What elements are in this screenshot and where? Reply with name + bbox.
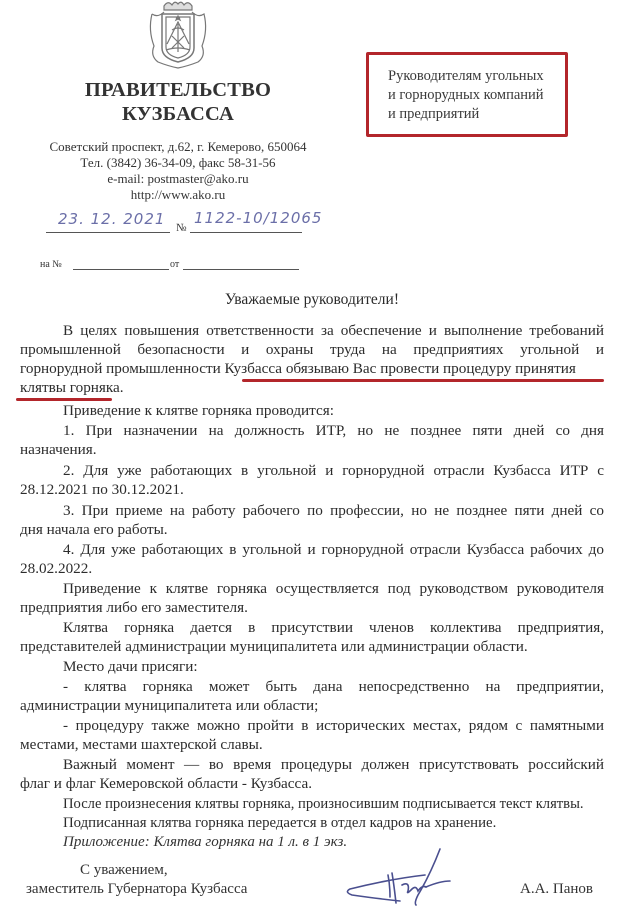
signer-position: заместитель Губернатора Кузбасса (26, 881, 247, 898)
leadership-line-1: Приведение к клятве горняка осуществляет… (63, 580, 604, 598)
org-phone: Тел. (3842) 36-34-09, факс 58-31-56 (30, 155, 326, 171)
greeting: Уважаемые руководители! (0, 291, 624, 309)
intro-line-3-highlight: обязываю Вас провести процедуру принятия (286, 360, 576, 377)
place-item-2-line-1: - процедуру также можно пройти в историч… (63, 717, 604, 735)
intro-line-4: клятвы горняка. (20, 379, 604, 397)
intro-line-2: промышленной безопасности и охраны труда… (20, 341, 604, 359)
intro-line-1: В целях повышения ответственности за обе… (63, 322, 604, 340)
intro-line-3-plain: горнорудной промышленности Кузбасса (20, 360, 286, 377)
important-line-2: флаг и флаг Кемеровской области - Кузбас… (20, 775, 604, 793)
place-heading: Место дачи присяги: (63, 658, 604, 676)
presence-line-1: Клятва горняка дается в присутствии член… (63, 619, 604, 637)
ref-number-label: на № (40, 259, 62, 270)
org-website: http://www.ako.ru (30, 187, 326, 203)
recipient-line-3: и предприятий (388, 105, 479, 124)
appendix-note: Приложение: Клятва горняка на 1 л. в 1 э… (63, 834, 347, 851)
signer-name: А.А. Панов (520, 881, 593, 898)
item-4-line-2: 28.02.2022. (20, 560, 604, 578)
item-3-line-1: 3. При приеме на работу рабочего по проф… (63, 502, 604, 520)
item-2-line-1: 2. Для уже работающих в угольной и горно… (63, 462, 604, 480)
closing: С уважением, (80, 862, 168, 879)
place-item-1-line-1: - клятва горняка может быть дана непосре… (63, 678, 604, 696)
kuzbass-coat-of-arms-icon (146, 0, 210, 70)
place-item-1-line-2: администрации муниципалитета или области… (20, 697, 604, 715)
red-underline-2 (16, 398, 112, 401)
important-line-1: Важный момент — во время процедуры долже… (63, 756, 604, 774)
outgoing-number: 1122-10/12065 (194, 209, 322, 227)
handwritten-signature-icon (330, 845, 500, 910)
item-1-line-2: назначения. (20, 441, 604, 459)
recipient-line-2: и горнорудных компаний (388, 86, 544, 105)
ref-number-field-line (73, 269, 169, 270)
intro-line-3: горнорудной промышленности Кузбасса обяз… (20, 360, 604, 378)
ref-from-field-line (183, 269, 299, 270)
org-email: e-mail: postmaster@ako.ru (30, 171, 326, 187)
item-3-line-2: дня начала его работы. (20, 521, 604, 539)
outgoing-date: 23. 12. 2021 (58, 210, 165, 228)
item-1-line-1: 1. При назначении на должность ИТР, но н… (63, 422, 604, 440)
leadership-line-2: предприятия либо его заместителя. (20, 599, 604, 617)
number-label: № (176, 222, 187, 234)
ref-from-label: от (170, 259, 179, 270)
date-field-line (46, 232, 170, 233)
item-4-line-1: 4. Для уже работающих в угольной и горно… (63, 541, 604, 559)
recipient-box: Руководителям угольных и горнорудных ком… (366, 52, 568, 137)
archive-note: Подписанная клятва горняка передается в … (63, 814, 604, 832)
after-oath: После произнесения клятвы горняка, произ… (63, 795, 604, 813)
org-title-line1: ПРАВИТЕЛЬСТВО (60, 79, 296, 102)
conducted-heading: Приведение к клятве горняка проводится: (63, 402, 604, 420)
org-title-line2: КУЗБАССА (60, 103, 296, 126)
place-item-2-line-2: местами, местами шахтерской славы. (20, 736, 604, 754)
number-field-line (190, 232, 302, 233)
recipient-line-1: Руководителям угольных (388, 67, 544, 86)
item-2-line-2: 28.12.2021 по 30.12.2021. (20, 481, 604, 499)
org-address: Советский проспект, д.62, г. Кемерово, 6… (30, 139, 326, 155)
presence-line-2: представителей администрации муниципалит… (20, 638, 604, 656)
